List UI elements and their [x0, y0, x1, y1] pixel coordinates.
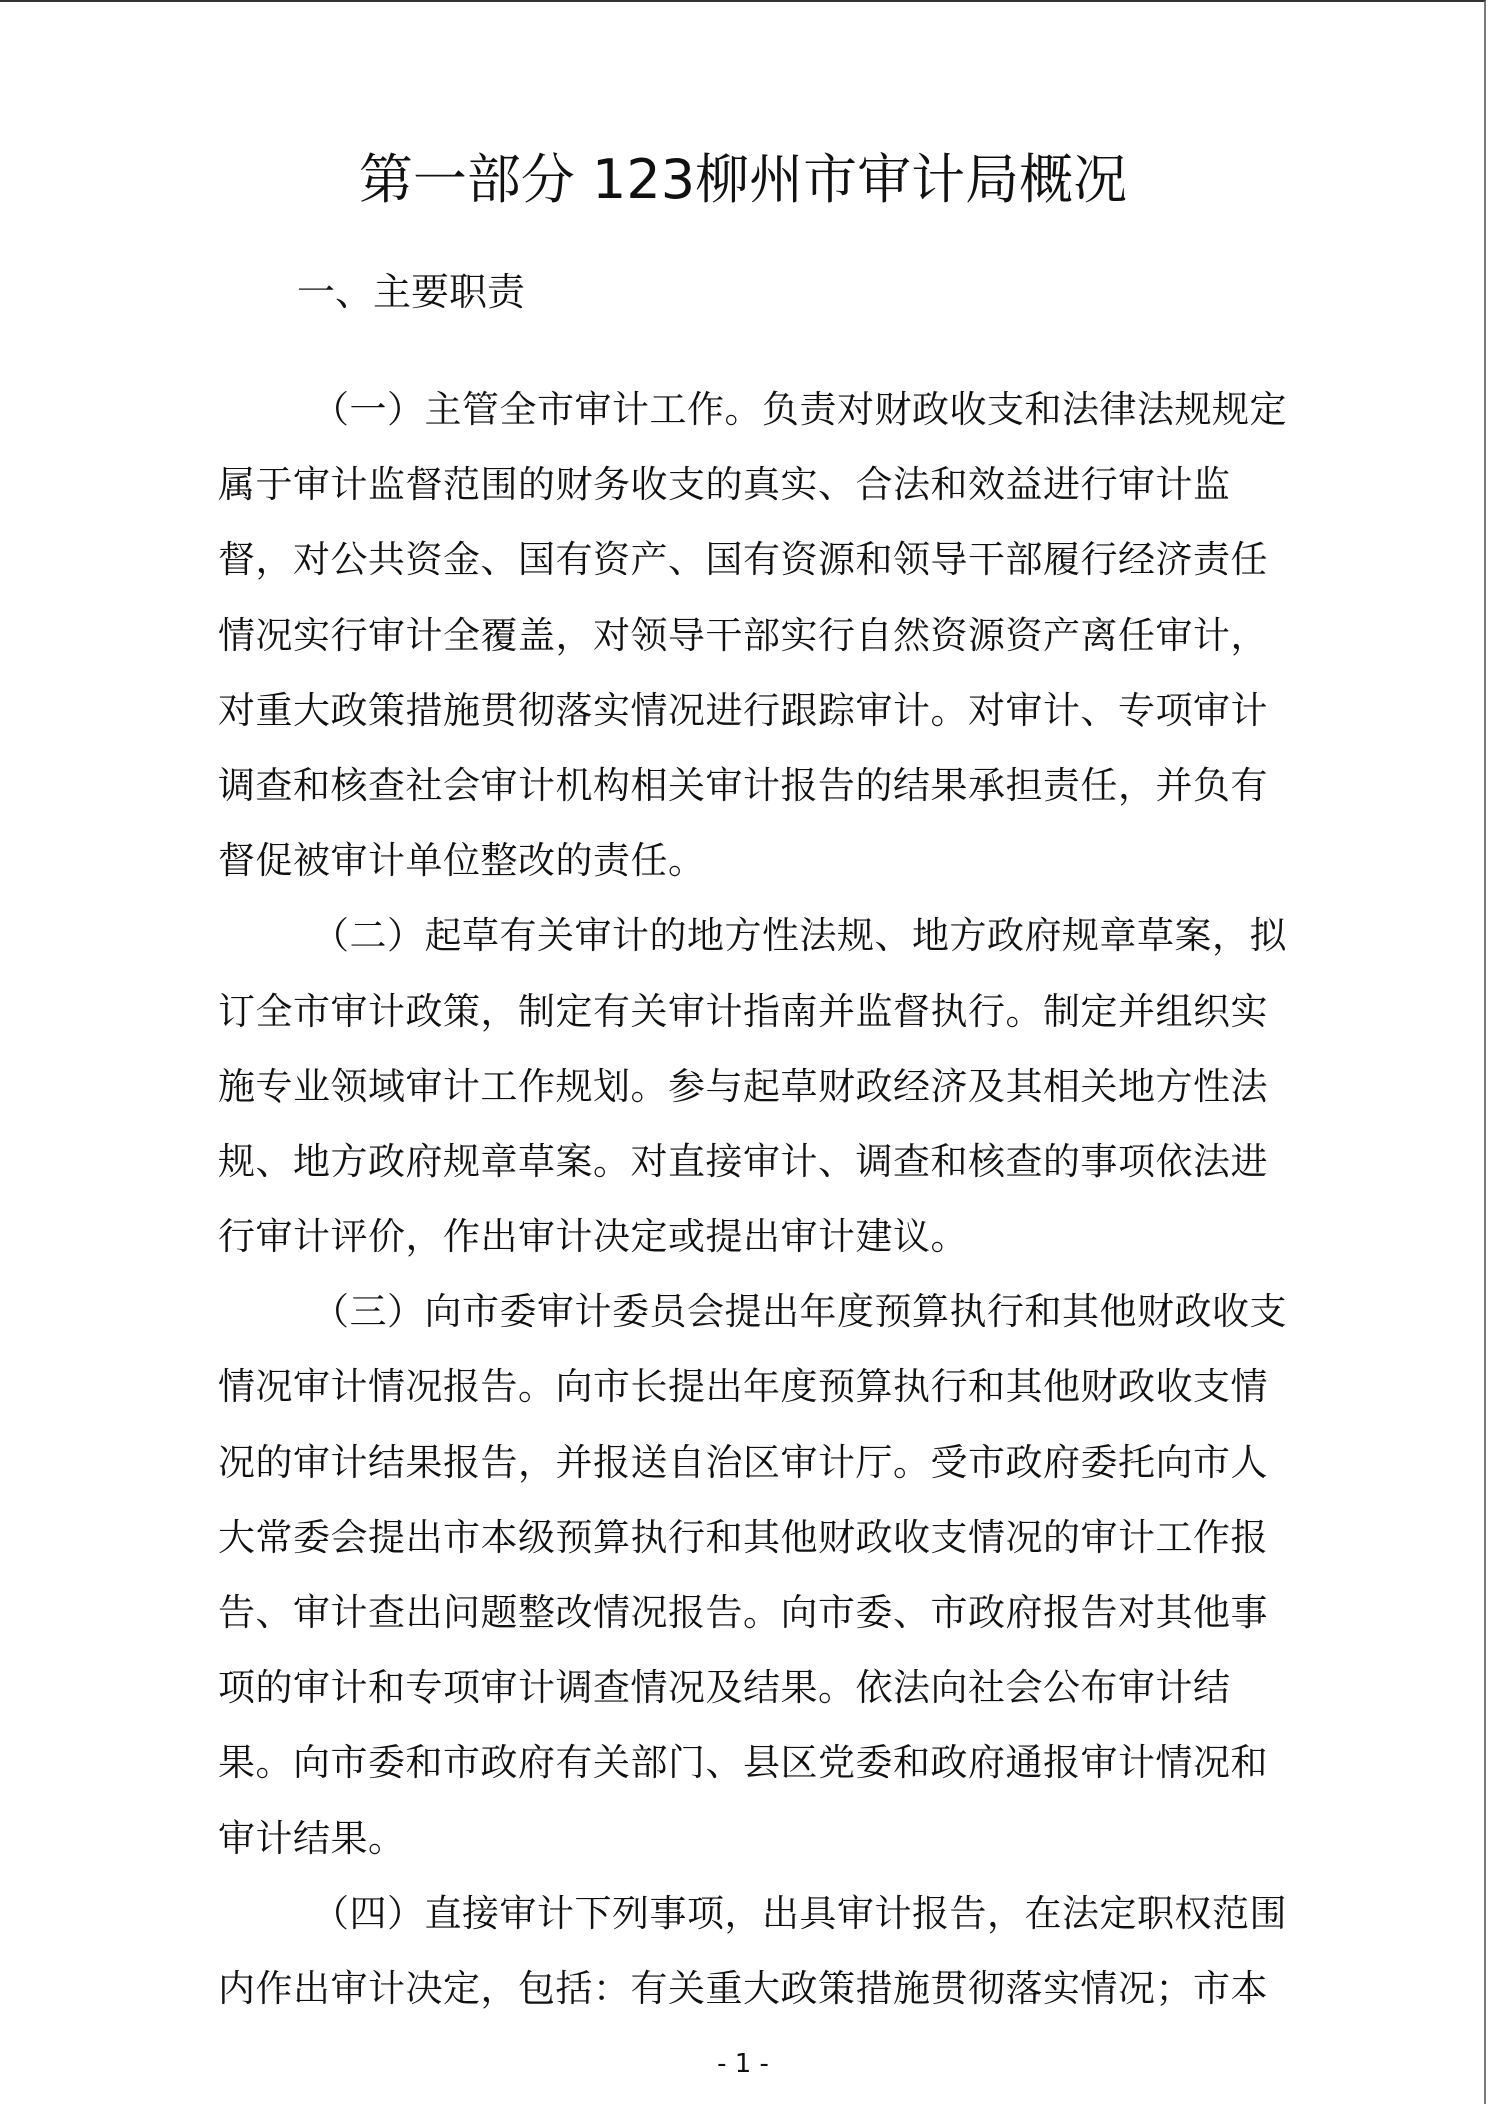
page-number: - 1 -: [0, 2046, 1486, 2082]
paragraph-3: （三）向市委审计委员会提出年度预算执行和其他财政收支 情况审计情况报告。向市长提…: [218, 1274, 1288, 1876]
text-line: 调查和核查社会审计机构相关审计报告的结果承担责任，并负有: [218, 748, 1288, 823]
text-line: 规、地方政府规章草案。对直接审计、调查和核查的事项依法进: [218, 1124, 1288, 1199]
text-line: 审计结果。: [218, 1801, 1288, 1876]
text-line: 况的审计结果报告，并报送自治区审计厅。受市政府委托向市人: [218, 1425, 1288, 1500]
text-line: 施专业领域审计工作规划。参与起草财政经济及其相关地方性法: [218, 1049, 1288, 1124]
text-line: （二）起草有关审计的地方性法规、地方政府规章草案，拟: [218, 898, 1288, 973]
page-title: 第一部分 123柳州市审计局概况: [0, 144, 1486, 216]
text-line: 订全市审计政策，制定有关审计指南并监督执行。制定并组织实: [218, 974, 1288, 1049]
text-line: 大常委会提出市本级预算执行和其他财政收支情况的审计工作报: [218, 1500, 1288, 1575]
document-body: （一）主管全市审计工作。负责对财政收支和法律法规规定 属于审计监督范围的财务收支…: [218, 372, 1288, 2026]
text-line: 情况审计情况报告。向市长提出年度预算执行和其他财政收支情: [218, 1349, 1288, 1424]
text-line: 行审计评价，作出审计决定或提出审计建议。: [218, 1199, 1288, 1274]
text-line: 告、审计查出问题整改情况报告。向市委、市政府报告对其他事: [218, 1575, 1288, 1650]
text-line: （一）主管全市审计工作。负责对财政收支和法律法规规定: [218, 372, 1288, 447]
text-line: （三）向市委审计委员会提出年度预算执行和其他财政收支: [218, 1274, 1288, 1349]
text-line: （四）直接审计下列事项，出具审计报告，在法定职权范围: [218, 1876, 1288, 1951]
text-line: 对重大政策措施贯彻落实情况进行跟踪审计。对审计、专项审计: [218, 673, 1288, 748]
paragraph-4: （四）直接审计下列事项，出具审计报告，在法定职权范围 内作出审计决定，包括：有关…: [218, 1876, 1288, 2026]
text-line: 果。向市委和市政府有关部门、县区党委和政府通报审计情况和: [218, 1725, 1288, 1800]
text-line: 督，对公共资金、国有资产、国有资源和领导干部履行经济责任: [218, 522, 1288, 597]
text-line: 情况实行审计全覆盖，对领导干部实行自然资源资产离任审计，: [218, 598, 1288, 673]
section-heading: 一、主要职责: [297, 264, 525, 320]
text-line: 项的审计和专项审计调查情况及结果。依法向社会公布审计结: [218, 1650, 1288, 1725]
text-line: 属于审计监督范围的财务收支的真实、合法和效益进行审计监: [218, 447, 1288, 522]
text-line: 督促被审计单位整改的责任。: [218, 823, 1288, 898]
paragraph-2: （二）起草有关审计的地方性法规、地方政府规章草案，拟 订全市审计政策，制定有关审…: [218, 898, 1288, 1274]
text-line: 内作出审计决定，包括：有关重大政策措施贯彻落实情况；市本: [218, 1951, 1288, 2026]
document-page: 第一部分 123柳州市审计局概况 一、主要职责 （一）主管全市审计工作。负责对财…: [0, 0, 1486, 2104]
paragraph-1: （一）主管全市审计工作。负责对财政收支和法律法规规定 属于审计监督范围的财务收支…: [218, 372, 1288, 898]
